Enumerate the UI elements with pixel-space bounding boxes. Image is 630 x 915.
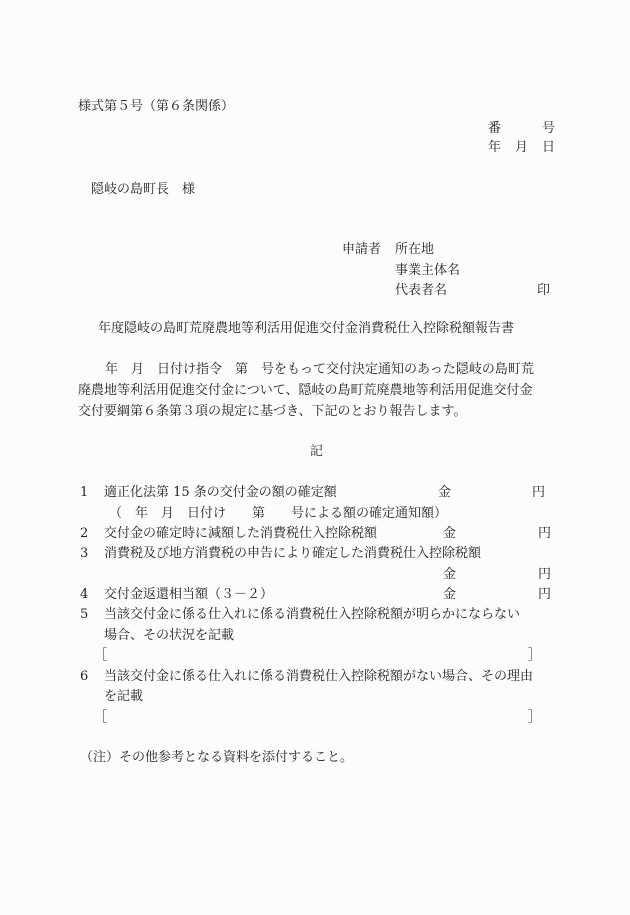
doc-number-ban: 番: [488, 121, 501, 137]
applicant-label: 申請者: [342, 242, 381, 258]
item-4-kin: 金: [443, 587, 456, 603]
item-3-text: 消費税及び地方消費税の申告により確定した消費税仕入控除税額: [104, 546, 481, 562]
ki-heading: 記: [310, 444, 323, 460]
item-4-yen: 円: [538, 587, 551, 603]
item-2-number: 2: [80, 526, 88, 542]
item-6-text-cont: を記載: [104, 689, 143, 705]
item-3-kin: 金: [443, 567, 456, 583]
item-2-kin: 金: [443, 526, 456, 542]
item-1-yen: 円: [532, 485, 545, 501]
item-6-bracket-open: ［: [94, 710, 107, 726]
date-year: 年: [488, 140, 501, 156]
item-1-text: 適正化法第 15 条の交付金の額の確定額: [104, 485, 337, 501]
seal-mark: 印: [537, 283, 550, 299]
item-6-text: 当該交付金に係る仕入れに係る消費税仕入控除税額がない場合、その理由: [104, 669, 533, 685]
form-label: 様式第５号（第６条関係）: [78, 99, 234, 115]
body-line-1: 年 月 日付け指令 第 号をもって交付決定通知のあった隠岐の島町荒: [105, 362, 534, 378]
item-1-number: 1: [80, 485, 88, 501]
item-4-text: 交付金返還相当額（３－２）: [104, 587, 273, 603]
item-5-number: 5: [80, 607, 88, 623]
date-day: 日: [542, 140, 555, 156]
item-5-bracket-close: ］: [528, 648, 541, 664]
body-line-2: 廃農地等利活用促進交付金について、隠岐の島町荒廃農地等利活用促進交付金: [78, 383, 532, 399]
date-month: 月: [515, 140, 528, 156]
entity-label: 事業主体名: [395, 263, 460, 279]
addressee: 隠岐の島町長 様: [91, 182, 195, 198]
address-label: 所在地: [395, 242, 434, 258]
item-1-subtext: （ 年 月 日付け 第 号による額の確定通知額）: [109, 506, 447, 522]
item-2-text: 交付金の確定時に減額した消費税仕入控除税額: [104, 526, 377, 542]
representative-label: 代表者名: [395, 283, 447, 299]
item-2-yen: 円: [538, 526, 551, 542]
item-5-bracket-open: ［: [94, 648, 107, 664]
doc-number-go: 号: [542, 121, 555, 137]
item-1-kin: 金: [438, 485, 451, 501]
note: （注）その他参考となる資料を添付すること。: [80, 750, 353, 766]
body-line-3: 交付要綱第６条第３項の規定に基づき、下記のとおり報告します。: [78, 404, 466, 420]
item-6-number: 6: [80, 669, 88, 685]
item-4-number: 4: [80, 587, 88, 603]
document-title: 年度隠岐の島町荒廃農地等利活用促進交付金消費税仕入控除税額報告書: [98, 321, 514, 337]
item-3-number: 3: [80, 546, 88, 562]
item-5-text: 当該交付金に係る仕入れに係る消費税仕入控除税額が明らかにならない: [104, 607, 520, 623]
item-5-text-cont: 場合、その状況を記載: [104, 628, 234, 644]
item-3-yen: 円: [538, 567, 551, 583]
item-6-bracket-close: ］: [528, 710, 541, 726]
